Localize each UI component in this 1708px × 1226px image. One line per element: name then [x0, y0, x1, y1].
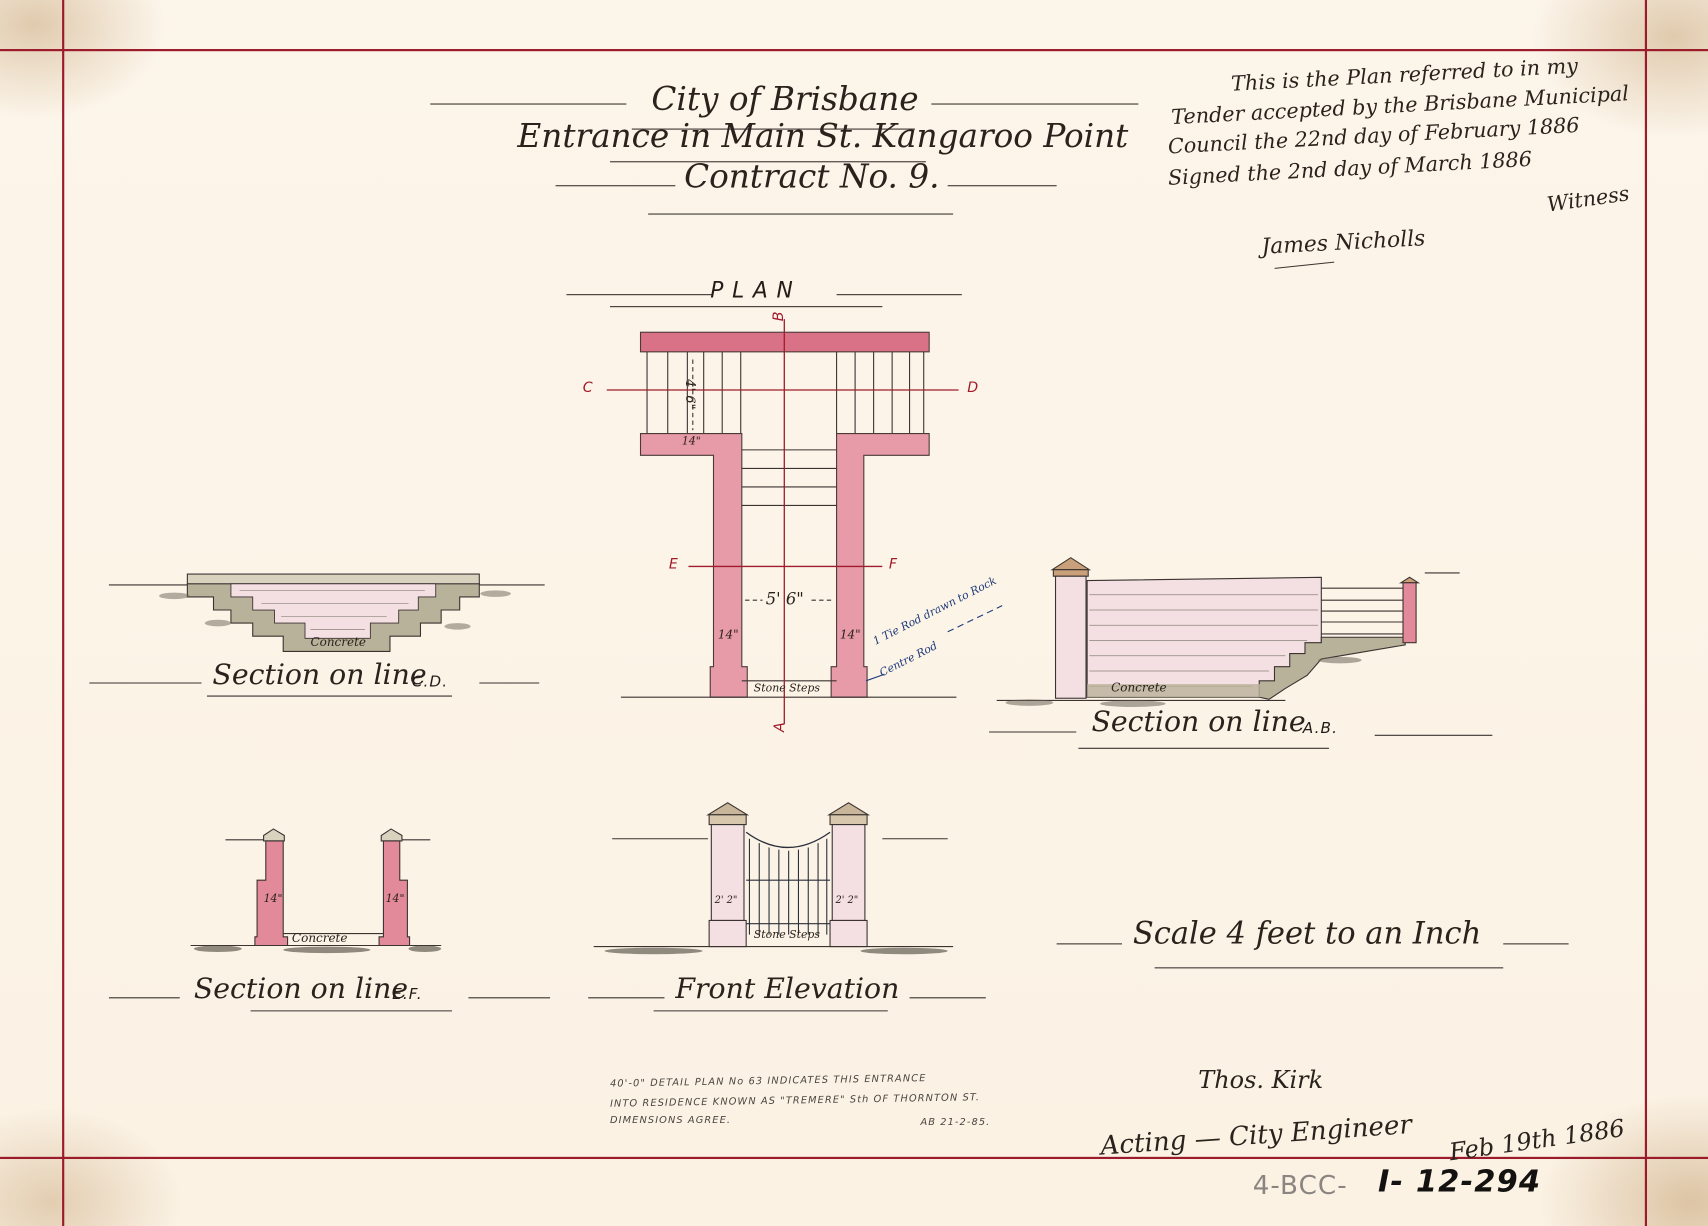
front-elevation-caption: Front Elevation — [675, 973, 899, 1006]
note-initials-date: AB 21-2-85. — [920, 1118, 990, 1129]
scale-rule — [1057, 943, 1122, 944]
front-elevation-steps: Stone Steps — [754, 929, 820, 941]
front-elevation-dim-left: 2' 2" — [715, 895, 738, 906]
archive-prefix: 4-BCC- — [1253, 1170, 1348, 1201]
front-elevation-dim-right: 2' 2" — [835, 895, 858, 906]
archive-code: I- 12-294 — [1378, 1163, 1541, 1199]
note-line-3: DIMENSIONS AGREE. — [610, 1115, 731, 1126]
scale-rule — [1155, 967, 1504, 968]
scale-text: Scale 4 feet to an Inch — [1133, 915, 1481, 951]
front-elevation-svg — [0, 0, 1708, 1226]
engineer-signature: Thos. Kirk — [1198, 1068, 1323, 1095]
drawing-sheet: City of Brisbane Entrance in Main St. Ka… — [0, 0, 1708, 1226]
scale-rule — [1503, 943, 1568, 944]
